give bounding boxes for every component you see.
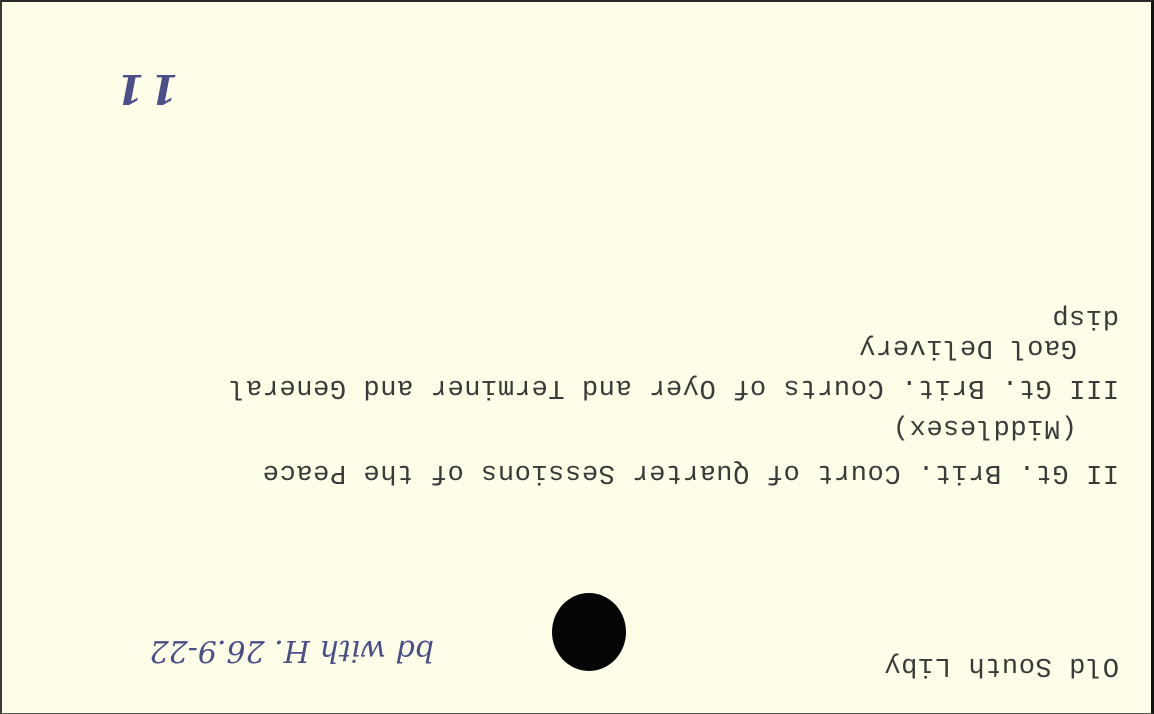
punch-hole	[552, 593, 626, 671]
card-content-rotated: Old South Liby bd with H. 26.9-22 II Gt.…	[2, 2, 1154, 714]
entry-ii-subheading: (Middlesex)	[892, 412, 1077, 442]
handwritten-binding-note: bd with H. 26.9-22	[150, 633, 434, 668]
handwritten-number: 11	[110, 65, 178, 112]
location-label: Old South Liby	[884, 650, 1119, 680]
entry-ii-heading: II Gt. Brit. Court of Quarter Sessions o…	[262, 457, 1119, 487]
entry-iii-heading: III Gt. Brit. Courts of Oyer and Termine…	[228, 372, 1119, 402]
entry-iii-subheading: Gaol Delivery	[859, 332, 1077, 362]
catalog-card: Old South Liby bd with H. 26.9-22 II Gt.…	[0, 0, 1154, 714]
disposition-note: disp	[1052, 302, 1119, 332]
